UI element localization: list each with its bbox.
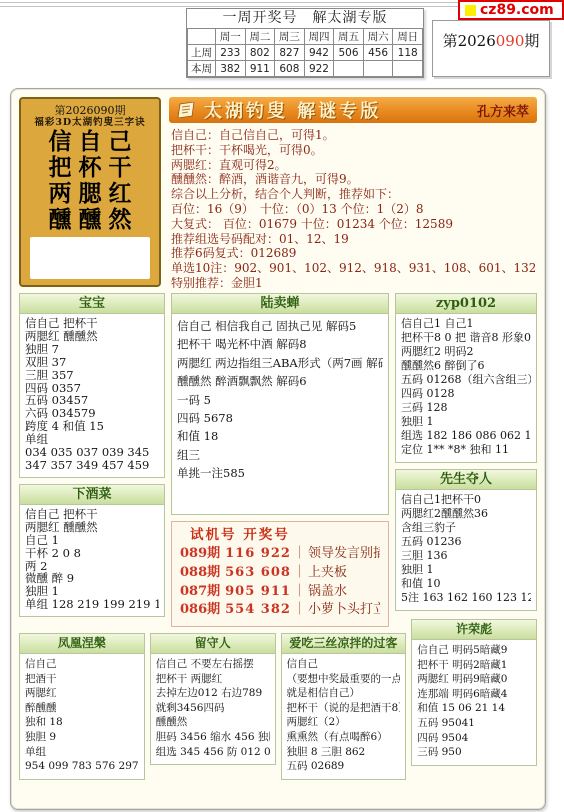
weekday-cell: 周一	[216, 29, 246, 45]
draw-number-cell: 608	[275, 61, 305, 77]
panel-body: 信自己 相信我自己 固执己见 解码5把杯干 喝光杯中酒 解码8两腮红 两边指组三…	[172, 314, 388, 488]
solve-author: 孔方来萃	[477, 101, 529, 120]
prediction-line: 五码 03457	[25, 394, 159, 407]
issue-suffix: 期	[524, 32, 539, 50]
prediction-line: 三码 128	[401, 401, 531, 415]
draw-number-cell: 382	[216, 61, 246, 77]
prediction-line: 组选 345 456 防 012 019 089	[156, 745, 270, 760]
prediction-line: 跨度 4 和值 15	[25, 420, 159, 433]
prediction-line: 干杯 2 0 8	[25, 547, 159, 560]
prediction-line: 醺醺然6 醉倒了6	[401, 359, 531, 373]
prediction-line: 和值 10	[401, 577, 531, 591]
prediction-line: 含组三豹子	[401, 521, 531, 535]
analysis-line: 推荐组选号码配对：01、12、19	[171, 232, 535, 247]
trial-draw-row: 087期905 911｜锅盖水	[180, 583, 380, 602]
prediction-line: 954 099 783 576 297	[25, 759, 139, 774]
prediction-line: 连那端 明码6暗藏4	[417, 687, 531, 702]
note-icon	[177, 102, 197, 118]
top-section: 第2026090期 福彩3D太湖钓叟三字诀 信自己把杯干两腮红醺醺然 太湖钓叟 …	[19, 97, 537, 287]
column-center: 陆卖蝉 信自己 相信我自己 固执己见 解码5把杯干 喝光杯中酒 解码8两腮红 两…	[171, 293, 389, 627]
panel-body: 信自己把酒干两腮红醉醺醺独和 18独胆 9单组954 099 783 576 2…	[20, 654, 144, 779]
weekly-draws-panel: 一周开奖号 解太湖专版 周一周二周三周四周五周六周日 上周 2338028279…	[186, 8, 424, 78]
draw-number-cell: 942	[304, 45, 334, 61]
prediction-line: 组三	[177, 446, 383, 464]
prediction-line: 组选 182 186 086 062 188	[401, 429, 531, 443]
separator: ｜	[293, 546, 306, 561]
prediction-line: 信自己 明码5暗藏9	[417, 643, 531, 658]
prediction-line: 五码 95041	[417, 716, 531, 731]
analysis-line: 把杯干：干杯喝光，可得0。	[171, 143, 535, 158]
trial-draw-row: 088期563 608｜上夹板	[180, 564, 380, 583]
panel-body: 信自己1 自己1把杯干8 0 把 谐音8 形象0两腮红2 明码2醺醺然6 醉倒了…	[396, 314, 536, 462]
blank-area	[30, 237, 150, 279]
weekly-draws-title: 一周开奖号 解太湖专版	[187, 9, 423, 28]
analysis-line: 百位：16（9） 十位：（0）13 个位：1（2）8	[171, 202, 535, 217]
trial-numbers: 554 382	[225, 602, 291, 617]
panel-aichi: 爱吃三丝凉拌的过客 信自己（要想中奖最重要的一点就是相信自己）把杯干（说的是把酒…	[281, 633, 407, 780]
row-label: 本周	[188, 61, 216, 77]
prediction-line: 单组 128 219 199 219 189	[25, 598, 159, 611]
panel-xurongbiao: 许荣彪 信自己 明码5暗藏9把杯干 明码2暗藏1两腮红 明码9暗藏0连那端 明码…	[411, 619, 537, 766]
prediction-line: 四码 0357	[25, 382, 159, 395]
prediction-line: 信自己 把杯干	[25, 508, 159, 521]
trial-numbers: 563 608	[225, 565, 291, 580]
panel-body: 信自己（要想中奖最重要的一点就是相信自己）把杯干（说的是把酒干8）两腮红（2）熏…	[282, 654, 406, 779]
draw-number-cell: 506	[334, 45, 364, 61]
prediction-line: 双胆 37	[25, 356, 159, 369]
panel-title: 先生夺人	[396, 470, 536, 490]
trial-issue: 086期	[180, 602, 220, 617]
corner-cell	[188, 29, 216, 45]
draw-number-cell: 456	[363, 45, 393, 61]
riddle-verse: 信自己把杯干两腮红醺醺然	[42, 129, 139, 233]
analysis-line: 大复式： 百位：01679 十位：01234 个位：12589	[171, 217, 535, 232]
panel-fenghuang: 凤凰涅槃 信自己把酒干两腮红醉醺醺独和 18独胆 9单组954 099 783 …	[19, 633, 145, 780]
prediction-line: 自己 1	[25, 534, 159, 547]
weekday-cell: 周六	[363, 29, 393, 45]
prediction-line: 两 2	[25, 560, 159, 573]
prediction-line: 把杯干 喝光杯中酒 解码8	[177, 335, 383, 353]
trial-draw-row: 086期554 382｜小萝卜头打立正	[180, 601, 380, 620]
prediction-line: 两腮红 醺醺然	[25, 521, 159, 534]
trial-draw-title: 试机号 开奖号	[180, 526, 380, 545]
trial-comment: 上夹板	[308, 565, 347, 580]
prediction-line: 把杯干 明码2暗藏1	[417, 658, 531, 673]
prediction-line: 四码 9504	[417, 731, 531, 746]
prediction-line: 三胆 136	[401, 549, 531, 563]
prediction-line: 三码 950	[417, 745, 531, 760]
riddle-golden-card: 第2026090期 福彩3D太湖钓叟三字诀 信自己把杯干两腮红醺醺然	[19, 97, 161, 287]
separator: ｜	[293, 602, 306, 617]
prediction-line: 两腮红2醺醺然36	[401, 507, 531, 521]
draw-number-cell: 827	[275, 45, 305, 61]
bottom-section: 凤凰涅槃 信自己把酒干两腮红醉醺醺独和 18独胆 9单组954 099 783 …	[19, 633, 537, 780]
panel-title: 下酒菜	[20, 485, 164, 505]
logo-yellow-square-icon	[465, 5, 476, 16]
issue-prefix: 第2026	[443, 32, 496, 50]
panel-xiajiucai: 下酒菜 信自己 把杯干两腮红 醺醺然自己 1干杯 2 0 8两 2微醺 醉 9独…	[19, 484, 165, 617]
solve-panel-header: 太湖钓叟 解谜专版 孔方来萃	[169, 97, 537, 123]
analysis-line: 推荐6码复式：012689	[171, 246, 535, 261]
trial-draw-row: 089期116 922｜领导发言别插话	[180, 545, 380, 564]
prediction-line: 定位 1** *8* 独和 11	[401, 443, 531, 457]
lastweek-row: 上周 233802827942506456118	[188, 45, 423, 61]
trial-draw-rows: 089期116 922｜领导发言别插话 088期563 608｜上夹板 087期…	[180, 545, 380, 620]
prediction-line: 三胆 357	[25, 369, 159, 382]
weekday-cell: 周三	[275, 29, 305, 45]
draw-number-cell: 922	[304, 61, 334, 77]
panel-body: 信自己1把杯干0两腮红2醺醺然36含组三豹子五码 01236三胆 136独胆 1…	[396, 490, 536, 610]
prediction-line: 独胆 1	[401, 415, 531, 429]
prediction-line: 独胆 8 三胆 862	[287, 745, 401, 760]
prediction-line: 醺醺然	[156, 715, 270, 730]
prediction-line: 034 035 037 039 345	[25, 446, 159, 459]
issue-number: 090	[496, 32, 525, 50]
analysis-line: 单选10注：902、901、102、912、918、931、108、601、13…	[171, 261, 535, 276]
weekday-header-row: 周一周二周三周四周五周六周日	[188, 29, 423, 45]
prediction-line: 5注 163 162 160 123 120	[401, 591, 531, 605]
solve-panel: 太湖钓叟 解谜专版 孔方来萃 信自己：自己信自己，可得1。把杯干：干杯喝光，可得…	[169, 97, 537, 287]
prediction-line: 六码 034579	[25, 407, 159, 420]
analysis-line: 综合以上分析，结合个人判断，推荐如下：	[171, 187, 535, 202]
prediction-line: 醉醺醺	[25, 701, 139, 716]
panel-title: 宝宝	[20, 294, 164, 314]
panel-title: 爱吃三丝凉拌的过客	[282, 634, 406, 654]
thisweek-row: 本周 382911608922	[188, 61, 423, 77]
weekday-cell: 周二	[245, 29, 275, 45]
prediction-line: 信自己1把杯干0	[401, 493, 531, 507]
draw-number-cell	[363, 61, 393, 77]
draw-number-cell: 233	[216, 45, 246, 61]
separator: ｜	[293, 584, 306, 599]
trial-numbers: 905 911	[225, 584, 291, 599]
panel-title: 凤凰涅槃	[20, 634, 144, 654]
analysis-line: 信自己：自己信自己，可得1。	[171, 128, 535, 143]
panel-xiansheng: 先生夺人 信自己1把杯干0两腮红2醺醺然36含组三豹子五码 01236三胆 13…	[395, 469, 537, 611]
weekday-cell: 周日	[393, 29, 423, 45]
prediction-line: 五码 02689	[287, 759, 401, 774]
prediction-line: 独和 18	[25, 715, 139, 730]
prediction-line: 信自己	[25, 657, 139, 672]
draw-number-cell: 802	[245, 45, 275, 61]
analysis-line: 特别推荐：金胆1	[171, 276, 535, 291]
prediction-line: 五码 01236	[401, 535, 531, 549]
panel-title: 许荣彪	[412, 620, 536, 640]
draw-number-cell: 911	[245, 61, 275, 77]
trial-comment: 小萝卜头打立正	[308, 602, 380, 617]
prediction-line: 胆码 3456 缩水 456 独胆 5	[156, 730, 270, 745]
column-left: 宝宝 信自己 把杯干两腮红 醺醺然独胆 7双胆 37三胆 357四码 0357五…	[19, 293, 165, 627]
prediction-line: 四码 0128	[401, 387, 531, 401]
prediction-line: 信自己 把杯干	[25, 317, 159, 330]
prediction-line: 信自己 不要左右摇摆	[156, 657, 270, 672]
prediction-line: 把杯干8 0 把 谐音8 形象0	[401, 331, 531, 345]
prediction-line: 醺醺然 醉酒飘飘然 解码6	[177, 372, 383, 390]
solve-analysis: 信自己：自己信自己，可得1。把杯干：干杯喝光，可得0。两腮红：直观可得2。醺醺然…	[169, 123, 537, 291]
prediction-line: 两腮红 两边指组三ABA形式（两7画 解码7）	[177, 354, 383, 372]
prediction-line: 四码 5678	[177, 409, 383, 427]
issue-number-box: 第2026090期	[432, 20, 550, 77]
page: cz89.com 一周开奖号 解太湖专版 周一周二周三周四周五周六周日 上周 2…	[0, 0, 564, 812]
prediction-line: 一码 5	[177, 391, 383, 409]
prediction-line: 两腮红 醺醺然	[25, 330, 159, 343]
prediction-line: 就剩3456四码	[156, 701, 270, 716]
panel-body: 信自己 不要左右摇摆把杯干 两腮红去掉左边012 右边789就剩3456四码醺醺…	[151, 654, 275, 764]
prediction-line: 两腮红（2）	[287, 715, 401, 730]
prediction-line: 两腮红2 明码2	[401, 345, 531, 359]
trial-issue: 089期	[180, 546, 220, 561]
prediction-line: 信自己 相信我自己 固执己见 解码5	[177, 317, 383, 335]
riddle-issue: 第2026090期	[55, 104, 126, 117]
trial-issue: 087期	[180, 584, 220, 599]
prediction-line: 独胆 1	[401, 563, 531, 577]
panel-title: zyp0102	[396, 294, 536, 314]
prediction-line: 两腮红	[25, 686, 139, 701]
site-logo[interactable]: cz89.com	[458, 0, 564, 20]
prediction-line: 就是相信自己）	[287, 686, 401, 701]
prediction-line: 独胆 9	[25, 730, 139, 745]
prediction-line: 两腮红 明码9暗藏0	[417, 672, 531, 687]
prediction-line: 熏熏然（有点喝醉6）	[287, 730, 401, 745]
analysis-line: 醺醺然：醉酒，酒谐音九，可得9。	[171, 172, 535, 187]
prediction-line: 信自己	[287, 657, 401, 672]
logo-text: cz89.com	[480, 2, 554, 18]
prediction-line: 去掉左边012 右边789	[156, 686, 270, 701]
trial-comment: 领导发言别插话	[308, 546, 380, 561]
panel-lumaichan: 陆卖蝉 信自己 相信我自己 固执己见 解码5把杯干 喝光杯中酒 解码8两腮红 两…	[171, 293, 389, 515]
panel-liushouren: 留守人 信自己 不要左右摇摆把杯干 两腮红去掉左边012 右边789就剩3456…	[150, 633, 276, 765]
weekly-draws-table: 周一周二周三周四周五周六周日 上周 233802827942506456118 …	[187, 28, 423, 77]
prediction-line: （要想中奖最重要的一点	[287, 672, 401, 687]
verse-line: 信自己	[42, 129, 139, 155]
trial-draw-panel: 试机号 开奖号 089期116 922｜领导发言别插话 088期563 608｜…	[171, 521, 389, 627]
analysis-line: 两腮红：直观可得2。	[171, 158, 535, 173]
prediction-line: 单组	[25, 745, 139, 760]
weekday-cell: 周五	[334, 29, 364, 45]
draw-number-cell	[393, 61, 423, 77]
draw-number-cell	[334, 61, 364, 77]
trial-issue: 088期	[180, 565, 220, 580]
draw-number-cell: 118	[393, 45, 423, 61]
panel-title: 陆卖蝉	[172, 294, 388, 314]
prediction-line: 把杯干 两腮红	[156, 672, 270, 687]
panel-zyp0102: zyp0102 信自己1 自己1把杯干8 0 把 谐音8 形象0两腮红2 明码2…	[395, 293, 537, 463]
solve-title: 太湖钓叟 解谜专版	[204, 97, 381, 123]
prediction-line: 和值 18	[177, 427, 383, 445]
panel-body: 信自己 明码5暗藏9把杯干 明码2暗藏1两腮红 明码9暗藏0连那端 明码6暗藏4…	[412, 640, 536, 765]
prediction-line: 信自己1 自己1	[401, 317, 531, 331]
verse-line: 醺醺然	[42, 207, 139, 233]
prediction-line: 微醺 醉 9	[25, 572, 159, 585]
prediction-line: 347 357 349 457 459	[25, 459, 159, 472]
panel-body: 信自己 把杯干两腮红 醺醺然自己 1干杯 2 0 8两 2微醺 醉 9独胆 1单…	[20, 505, 164, 616]
prediction-line: 把杯干（说的是把酒干8）	[287, 701, 401, 716]
prediction-line: 独胆 7	[25, 343, 159, 356]
trial-numbers: 116 922	[225, 546, 291, 561]
panel-baobao: 宝宝 信自己 把杯干两腮红 醺醺然独胆 7双胆 37三胆 357四码 0357五…	[19, 293, 165, 478]
row-label: 上周	[188, 45, 216, 61]
main-content: 第2026090期 福彩3D太湖钓叟三字诀 信自己把杯干两腮红醺醺然 太湖钓叟 …	[10, 88, 546, 810]
prediction-line: 把酒干	[25, 672, 139, 687]
panel-title: 留守人	[151, 634, 275, 654]
verse-line: 两腮红	[42, 181, 139, 207]
verse-line: 把杯干	[42, 155, 139, 181]
weekday-cell: 周四	[304, 29, 334, 45]
prediction-line: 单挑一注585	[177, 464, 383, 482]
prediction-line: 和值 15 06 21 14	[417, 701, 531, 716]
prediction-line: 五码 01268（组六含组三）	[401, 373, 531, 387]
prediction-line: 单组	[25, 433, 159, 446]
panel-body: 信自己 把杯干两腮红 醺醺然独胆 7双胆 37三胆 357四码 0357五码 0…	[20, 314, 164, 477]
column-right: zyp0102 信自己1 自己1把杯干8 0 把 谐音8 形象0两腮红2 明码2…	[395, 293, 537, 627]
separator: ｜	[293, 565, 306, 580]
trial-comment: 锅盖水	[308, 584, 347, 599]
middle-section: 宝宝 信自己 把杯干两腮红 醺醺然独胆 7双胆 37三胆 357四码 0357五…	[19, 293, 537, 627]
prediction-line: 独胆 1	[25, 585, 159, 598]
